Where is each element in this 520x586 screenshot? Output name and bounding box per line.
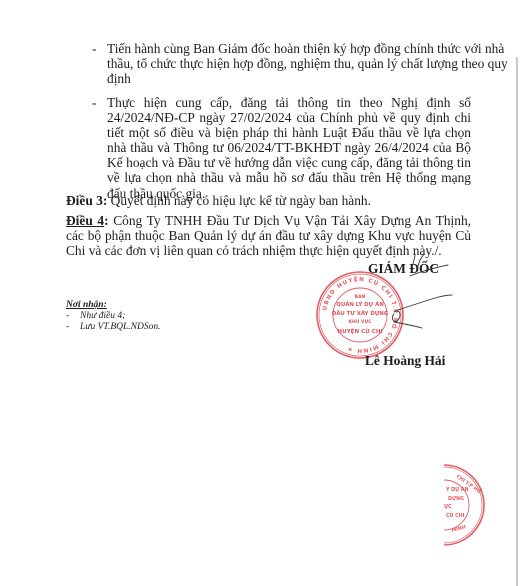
- partial-stamp-text: CỦ CHI: [446, 511, 465, 519]
- bullet-1-line-1: Tiến hành cùng Ban Giám đốc hoàn thiện k…: [107, 41, 504, 56]
- article-3-text: Quyết định này có hiệu lực kể từ ngày ba…: [107, 193, 371, 208]
- recipient-item: -Như điều 4;: [66, 311, 161, 322]
- signer-name: Lê Hoàng Hải: [365, 353, 445, 369]
- recipient-text: Như điều 4;: [80, 311, 125, 321]
- bullet-2-paragraph: Thực hiện cung cấp, đăng tải thông tin t…: [107, 95, 471, 201]
- recipient-dash: -: [66, 311, 80, 322]
- recipient-text: Lưu VT.BQL.NDSon.: [80, 322, 161, 332]
- partial-stamp-text: Ý DỰ ÁN: [445, 486, 469, 493]
- recipients-block: Nơi nhận: -Như điều 4; -Lưu VT.BQL.NDSon…: [66, 300, 161, 333]
- stamp-line: BAN: [355, 294, 366, 300]
- recipient-dash: -: [66, 322, 80, 333]
- stamp-line: QUẢN LÝ DỰ ÁN: [336, 300, 384, 308]
- partial-stamp-text: MINH: [451, 524, 467, 534]
- article-3-label: Điều 3:: [66, 193, 107, 208]
- recipients-title: Nơi nhận:: [66, 300, 161, 311]
- stamp-line: KHU VỰC: [348, 319, 372, 325]
- article-3: Điều 3: Quyết định này có hiệu lực kể từ…: [66, 193, 371, 208]
- signature-scribble: [380, 250, 500, 350]
- bullet-1-line-3: định: [107, 71, 131, 86]
- partial-stamp-text: DỰNG: [448, 496, 464, 502]
- bullet-dash: -: [92, 95, 96, 110]
- bullet-1-line-2: thầu, tổ chức thực hiện hợp đồng, nghiệm…: [107, 56, 508, 71]
- bullet-dash: -: [92, 41, 96, 56]
- partial-stamp: CHI T.P HỒ Ý DỰ ÁN DỰNG ỰC CỦ CHI MINH: [400, 455, 500, 555]
- stamp-line: HUYỆN CỦ CHI: [337, 327, 382, 335]
- partial-stamp-text: ỰC: [444, 504, 452, 510]
- article-4-label: Điều 4: [66, 213, 104, 228]
- recipient-item: -Lưu VT.BQL.NDSon.: [66, 322, 161, 333]
- page-edge: [516, 57, 518, 586]
